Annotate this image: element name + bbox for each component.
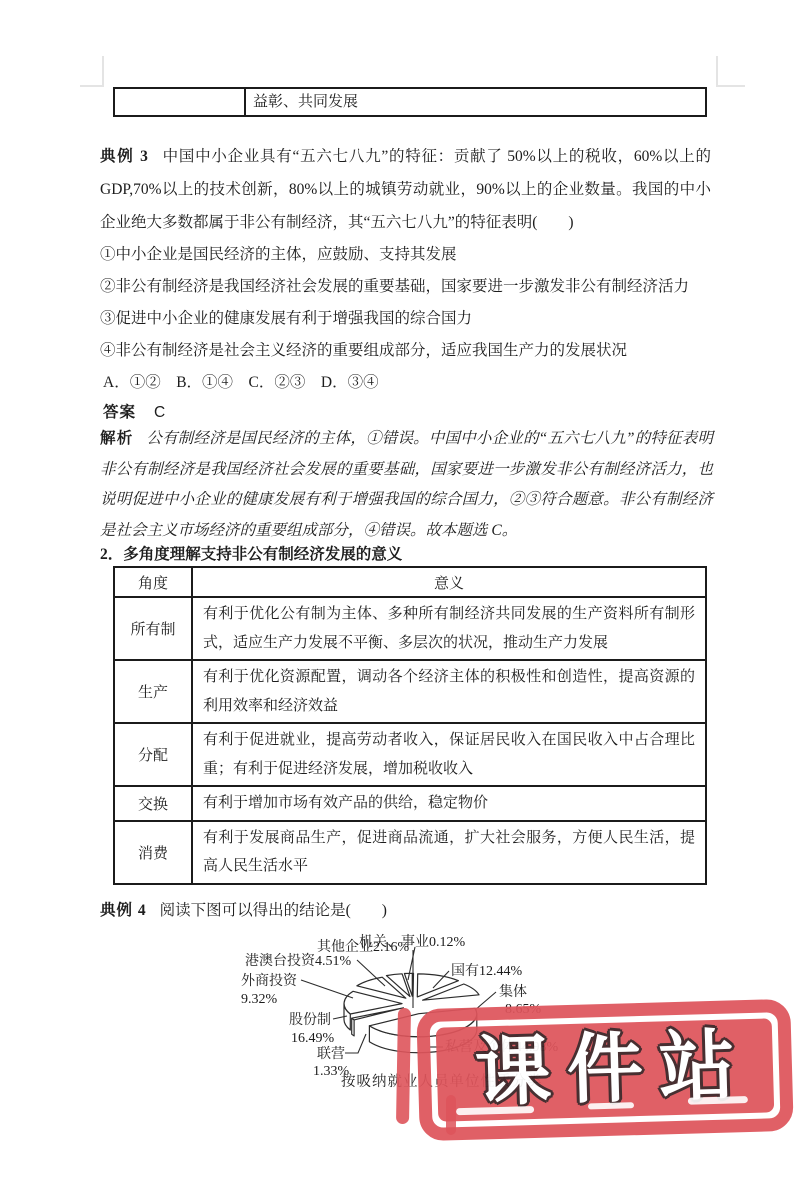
- stamp-distress-streak: [588, 1102, 634, 1109]
- pie-label-state-owned: 国有12.44%: [451, 963, 523, 979]
- margin-corner-mark-right: [716, 56, 745, 87]
- table-row: 分配 有利于促进就业，提高劳动者收入，保证居民收入在国民收入中占合理比重；有利于…: [114, 723, 706, 786]
- statement-1: ①中小企业是国民经济的主体，应鼓励、支持其发展: [100, 238, 711, 271]
- meaning-cell: 有利于优化公有制为主体、多种所有制经济共同发展的生产资料所有制形式，适应生产力发…: [192, 597, 706, 660]
- watermark-stamp-core: 课件站: [436, 1018, 774, 1121]
- table-header-row: 角度 意义: [114, 567, 706, 597]
- example3-question: 典例 3中国中小企业具有“五六七八九”的特征：贡献了 50%以上的税收，60%以…: [100, 140, 711, 239]
- example3-label: 典例 3: [100, 148, 149, 165]
- table-row: 生产 有利于优化资源配置，调动各个经济主体的积极性和创造性，提高资源的利用效率和…: [114, 660, 706, 723]
- meaning-cell: 有利于促进就业，提高劳动者收入，保证居民收入在国民收入中占合理比重；有利于促进经…: [192, 723, 706, 786]
- example4-label: 典例 4: [100, 902, 147, 919]
- table-row: 所有制 有利于优化公有制为主体、多种所有制经济共同发展的生产资料所有制形式，适应…: [114, 597, 706, 660]
- statement-3: ③促进中小企业的健康发展有利于增强我国的综合国力: [100, 302, 711, 335]
- pie-label-shareholding: 股份制: [289, 1012, 331, 1028]
- margin-corner-mark-left: [80, 56, 104, 87]
- section2-heading: 2．多角度理解支持非公有制经济发展的意义: [100, 542, 402, 564]
- table-row: 消费 有利于发展商品生产，促进商品流通，扩大社会服务，方便人民生活，提高人民生活…: [114, 821, 706, 884]
- header-angle: 角度: [114, 567, 192, 597]
- carryover-table: 益彰、共同发展: [113, 87, 707, 117]
- meaning-table: 角度 意义 所有制 有利于优化公有制为主体、多种所有制经济共同发展的生产资料所有…: [113, 566, 707, 885]
- analysis-label: 解析: [100, 430, 133, 447]
- statement-4: ④非公有制经济是社会主义经济的重要组成部分，适应我国生产力的发展状况: [100, 334, 711, 367]
- pie-label-foreign-investment: 外商投资: [241, 972, 298, 989]
- example4-question-text: 阅读下图可以得出的结论是( ): [160, 902, 387, 919]
- stamp-ink-drip: [396, 1008, 411, 1124]
- angle-cell: 所有制: [114, 597, 192, 660]
- carryover-cell-text: 益彰、共同发展: [245, 88, 706, 116]
- angle-cell: 交换: [114, 786, 192, 821]
- meaning-cell: 有利于发展商品生产，促进商品流通，扩大社会服务，方便人民生活，提高人民生活水平: [192, 821, 706, 884]
- header-meaning: 意义: [192, 567, 706, 597]
- meaning-cell: 有利于优化资源配置，调动各个经济主体的积极性和创造性，提高资源的利用效率和经济效…: [192, 660, 706, 723]
- answer-value: C: [154, 404, 165, 421]
- pie-label-collective: 集体: [499, 983, 527, 1000]
- options-line: A．①② B．①④ C．②③ D．③④: [103, 366, 714, 399]
- example3-question-text: 中国中小企业具有“五六七八九”的特征：贡献了 50%以上的税收，60%以上的GD…: [100, 148, 711, 231]
- angle-cell: 生产: [114, 660, 192, 723]
- analysis-text: 公有制经济是国民经济的主体，①错误。中国中小企业的“五六七八九”的特征表明非公有…: [100, 430, 713, 539]
- angle-cell: 消费: [114, 821, 192, 884]
- watermark-stamp: 课件站: [416, 999, 794, 1141]
- statement-2: ②非公有制经济是我国经济社会发展的重要基础，国家要进一步激发非公有制经济活力: [100, 270, 711, 303]
- angle-cell: 分配: [114, 723, 192, 786]
- pie-label-hk-macao-taiwan: 港澳台投资4.51%: [245, 952, 352, 969]
- carryover-cell-empty: [114, 88, 245, 116]
- pie-label-joint-operation: 联营: [317, 1045, 345, 1062]
- pie-label-shareholding-pct: 16.49%: [291, 1031, 335, 1046]
- analysis-paragraph: 解析公有制经济是国民经济的主体，①错误。中国中小企业的“五六七八九”的特征表明非…: [100, 424, 713, 546]
- answer-label: 答案: [103, 404, 136, 421]
- pie-label-foreign-investment-pct: 9.32%: [241, 992, 278, 1007]
- document-page: 益彰、共同发展 典例 3中国中小企业具有“五六七八九”的特征：贡献了 50%以上…: [0, 0, 800, 1200]
- meaning-cell: 有利于增加市场有效产品的供给，稳定物价: [192, 786, 706, 821]
- pie-label-other-enterprises: 其他企业2.16%: [317, 939, 410, 955]
- table-row: 交换 有利于增加市场有效产品的供给，稳定物价: [114, 786, 706, 821]
- table-row: 益彰、共同发展: [114, 88, 706, 116]
